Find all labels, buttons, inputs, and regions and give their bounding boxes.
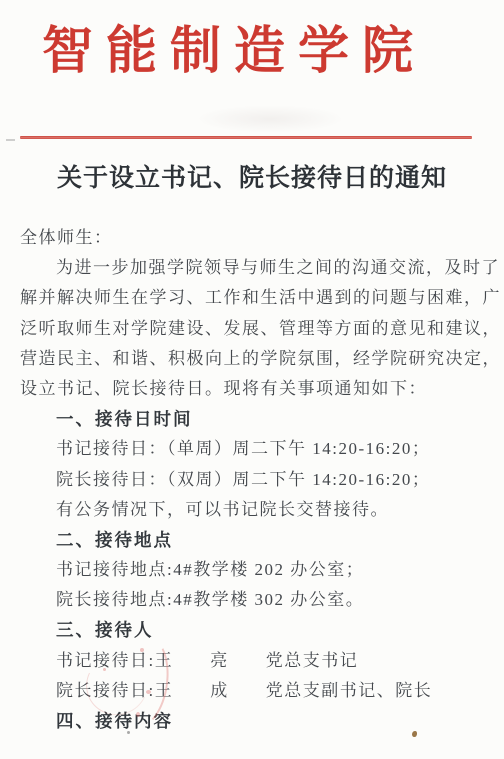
- intro-line-1: 为进一步加强学院领导与师生之间的沟通交流，及时了: [20, 253, 490, 283]
- intro-line-5: 设立书记、院长接待日。现将有关事项通知如下：: [20, 374, 490, 404]
- intro-line-2: 解并解决师生在学习、工作和生活中遇到的问题与困难，广: [20, 283, 490, 313]
- notice-body: 全体师生： 为进一步加强学院领导与师生之间的沟通交流，及时了 解并解决师生在学习…: [20, 223, 490, 736]
- letterhead-title: 智能制造学院: [42, 27, 426, 78]
- section-1-heading: 一、接待日时间: [20, 404, 490, 434]
- section-4-heading: 四、接待内容: [20, 706, 490, 736]
- stamp-remnant-dot: [146, 690, 151, 694]
- salutation: 全体师生：: [20, 223, 490, 253]
- intro-line-4: 营造民主、和谐、积极向上的学院氛围，经学院研究决定，: [20, 344, 490, 374]
- scan-smudge: [195, 105, 345, 133]
- section-1-line-3: 有公务情况下，可以书记院长交替接待。: [20, 495, 490, 525]
- section-2-heading: 二、接待地点: [20, 525, 490, 555]
- section-2-line-1: 书记接待地点:4#教学楼 202 办公室；: [20, 555, 490, 585]
- section-1-line-1: 书记接待日：（单周）周二下午 14:20-16:20；: [20, 434, 490, 464]
- scan-edge-mark: [6, 139, 15, 141]
- stamp-remnant-dot: [103, 668, 106, 671]
- paper-speck: [127, 731, 130, 734]
- section-2-line-2: 院长接待地点:4#教学楼 302 办公室。: [20, 585, 490, 615]
- section-3-heading: 三、接待人: [20, 615, 490, 645]
- stamp-remnant-dot: [140, 648, 144, 652]
- notice-title: 关于设立书记、院长接待日的通知: [0, 158, 504, 194]
- intro-line-3: 泛听取师生对学院建设、发展、管理等方面的意见和建议，: [20, 314, 490, 344]
- section-1-line-2: 院长接待日：（双周）周二下午 14:20-16:20；: [20, 465, 490, 495]
- letterhead-divider: [20, 136, 472, 139]
- notice-document: 智能制造学院 关于设立书记、院长接待日的通知 全体师生： 为进一步加强学院领导与…: [0, 0, 504, 759]
- stamp-remnant-dot: [136, 712, 140, 717]
